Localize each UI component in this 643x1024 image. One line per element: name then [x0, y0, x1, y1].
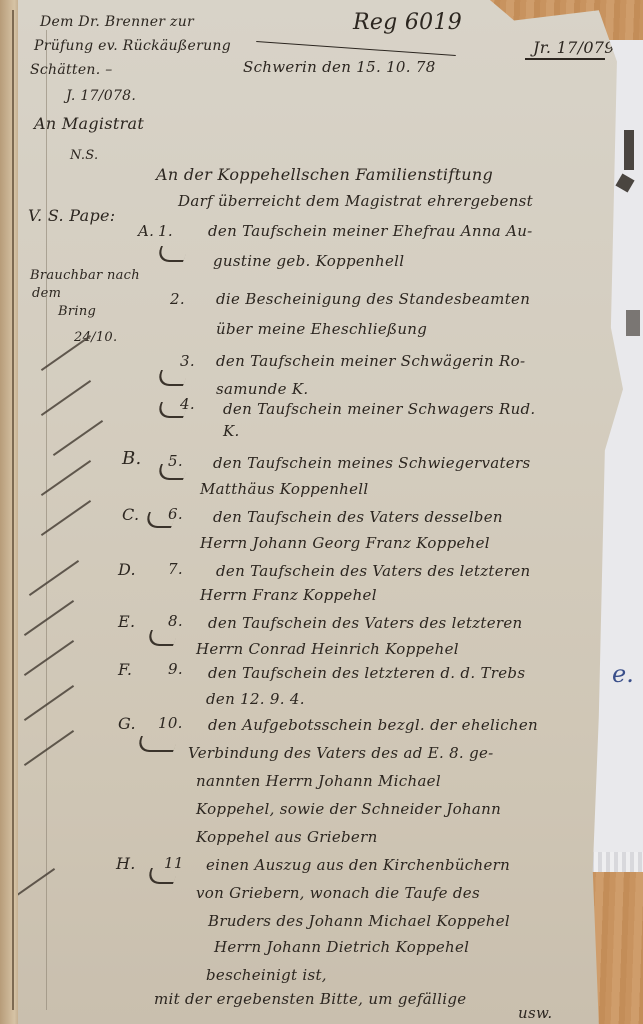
item-group-letter: A. [138, 222, 154, 240]
item-line: Herrn Franz Koppehel [200, 586, 377, 604]
item-line: samunde K. [216, 380, 308, 398]
item-line: den 12. 9. 4. [206, 690, 305, 708]
underlying-sheet-perforation [590, 852, 643, 872]
margin-slash-mark [24, 685, 74, 721]
checkmark-icon [135, 736, 179, 752]
item-line: Bruders des Johann Michael Koppehel [208, 912, 510, 930]
handwritten-document-page: Dem Dr. Brenner zur Prüfung ev. Rückäuße… [18, 0, 623, 1024]
item-line: Herrn Conrad Heinrich Koppehel [196, 640, 459, 658]
checkmark-icon [143, 512, 177, 528]
torn-paper-fragment [626, 310, 640, 336]
margin-slash-mark [41, 335, 91, 371]
item-line: nannten Herrn Johann Michael [196, 772, 441, 790]
item-line: Koppehel, sowie der Schneider Johann [196, 800, 501, 818]
binder-stitch [12, 10, 14, 1010]
item-number: 10. [158, 714, 183, 732]
item-group-letter: D. [118, 560, 136, 579]
item-number: 8. [168, 612, 183, 630]
margin-slash-mark [41, 380, 91, 416]
closing-line: mit der ergebensten Bitte, um gefällige [154, 990, 466, 1008]
margin-slash-mark [41, 460, 91, 496]
item-line: den Taufschein meiner Schwägerin Ro- [216, 352, 525, 370]
item-line: den Aufgebotsschein bezgl. der ehelichen [208, 716, 538, 734]
item-number: 3. [180, 352, 195, 370]
item-line: Verbindung des Vaters des ad E. 8. ge- [188, 744, 494, 762]
item-line: die Bescheinigung des Standesbeamten [216, 290, 530, 308]
item-group-letter: H. [116, 854, 136, 873]
item-group-letter: F. [118, 660, 132, 679]
item-line: einen Auszug aus den Kirchenbüchern [206, 856, 510, 874]
checkmark-icon [145, 630, 179, 646]
item-line: den Taufschein meines Schwiegervaters [213, 454, 530, 472]
metal-fastener [624, 130, 634, 170]
margin-note-line: Prüfung ev. Rückäußerung [34, 38, 231, 54]
item-group-letter: E. [118, 612, 135, 631]
margin-slash-mark [41, 500, 91, 536]
item-number: 7. [168, 560, 183, 578]
item-line: den Taufschein meiner Schwagers Rud. [223, 400, 536, 418]
item-group-letter: B. [122, 448, 142, 469]
margin-note-line: Brauchbar nach [30, 268, 140, 283]
checkmark-icon [155, 370, 189, 386]
item-line: K. [223, 422, 240, 440]
margin-slash-mark [29, 560, 79, 596]
checkmark-icon [155, 464, 189, 480]
margin-note-line: dem [32, 286, 61, 301]
margin-note-line: Schätten. – [30, 62, 113, 78]
item-number: 1. [158, 222, 173, 240]
item-line: Herrn Johann Dietrich Koppehel [214, 938, 469, 956]
item-line: von Griebern, wonach die Taufe des [196, 884, 480, 902]
margin-note-line: Bring [58, 304, 96, 319]
journal-number-underline [525, 58, 605, 60]
margin-fold-line [46, 30, 47, 1010]
intro-line: Darf überreicht dem Magistrat ehrergeben… [178, 192, 533, 210]
item-line: bescheinigt ist, [206, 966, 327, 984]
addressee-magistrat: An Magistrat [34, 114, 144, 133]
ns-initials: N.S. [70, 148, 98, 163]
checkmark-icon [155, 402, 189, 418]
margin-slash-mark [53, 420, 103, 456]
closing-end: usw. [518, 1004, 552, 1022]
journal-ref: J. 17/078. [66, 88, 136, 104]
date-flourish [256, 41, 456, 56]
item-line: den Taufschein meiner Ehefrau Anna Au- [208, 222, 533, 240]
item-line: gustine geb. Koppenhell [213, 252, 404, 270]
margin-note-pape: V. S. Pape: [28, 206, 115, 225]
margin-slash-mark [24, 600, 74, 636]
item-group-letter: G. [118, 714, 136, 733]
margin-slash-mark [24, 640, 74, 676]
item-line: Koppehel aus Griebern [196, 828, 378, 846]
blue-ink-annotation: e. [612, 660, 634, 688]
item-number: 2. [170, 290, 185, 308]
place-date: Schwerin den 15. 10. 78 [243, 58, 436, 76]
checkmark-icon [145, 868, 179, 884]
checkmark-icon [155, 246, 189, 262]
salutation: An der Koppehellschen Familienstiftung [156, 165, 493, 184]
journal-number: Jr. 17/079. [533, 38, 620, 57]
item-line: Matthäus Koppenhell [200, 480, 369, 498]
item-line: den Taufschein des Vaters des letzteren [216, 562, 531, 580]
margin-note-line: Dem Dr. Brenner zur [40, 14, 194, 30]
registry-mark: Reg 6019 [353, 10, 462, 35]
item-line: den Taufschein des Vaters des letzteren [208, 614, 523, 632]
item-line: den Taufschein des Vaters desselben [213, 508, 503, 526]
margin-slash-mark [24, 730, 74, 766]
item-line: über meine Eheschließung [216, 320, 427, 338]
item-group-letter: C. [122, 505, 139, 524]
item-line: den Taufschein des letzteren d. d. Trebs [208, 664, 525, 682]
item-number: 9. [168, 660, 183, 678]
item-line: Herrn Johann Georg Franz Koppehel [200, 534, 490, 552]
